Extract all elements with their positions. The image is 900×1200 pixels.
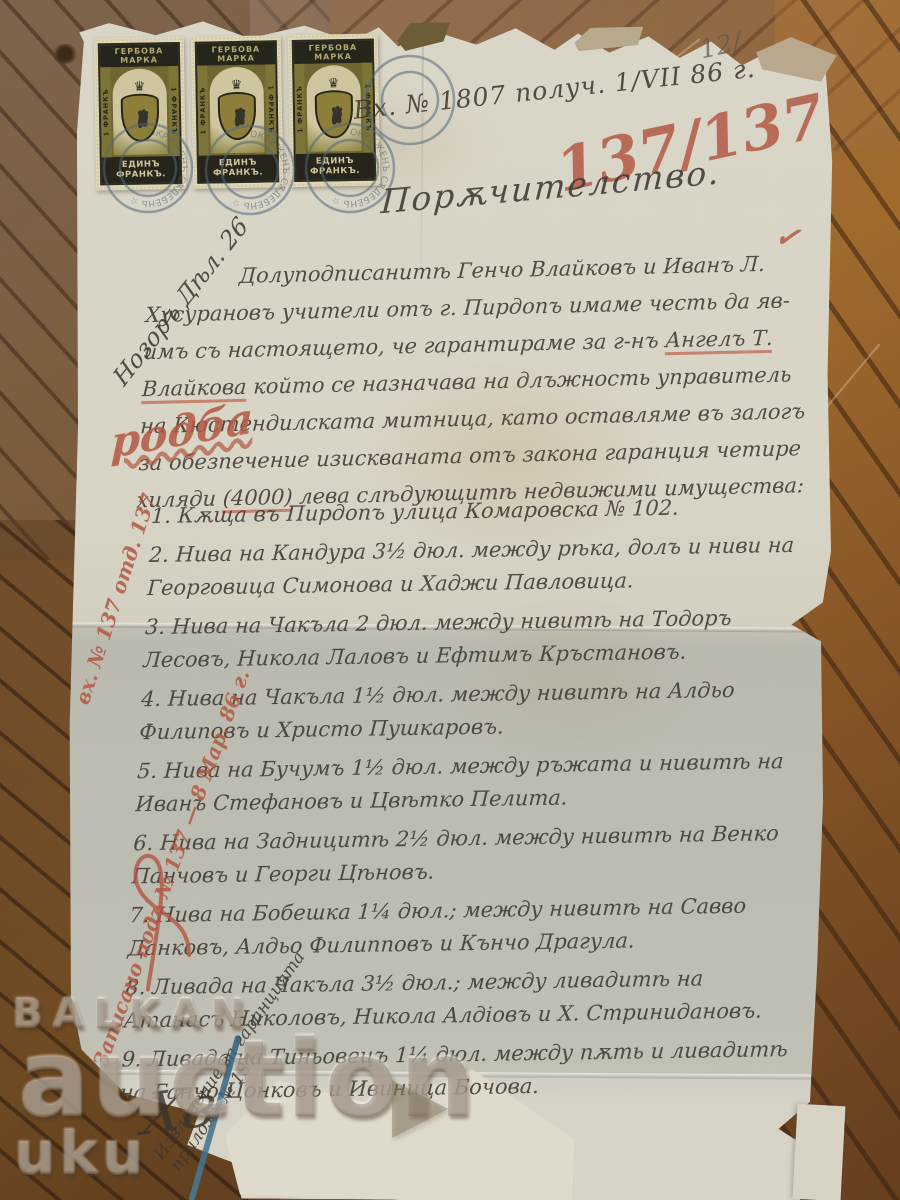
- red-underlined-name: Ангелъ Т.: [665, 326, 774, 355]
- postmark-text: ОКРѪЖЕНЪ СѪДЕБЕНЬ ☆: [231, 130, 290, 210]
- paragraph-text: имъ съ настоящето, че гарантираме за г-н…: [143, 328, 666, 364]
- postmark-cancellations: ОКРѪЖЕНЪ СѪДЕБЕНЬ ☆ ОКРѪЖЕНЪ СѪДЕБЕНЬ ☆ …: [78, 112, 438, 242]
- svg-text:ОКРѪЖЕНЪ СѪДЕБЕНЬ ☆: ОКРѪЖЕНЪ СѪДЕБЕНЬ ☆: [129, 128, 188, 208]
- stamp-top-label: ГЕРБОВА МАРКА: [100, 44, 178, 67]
- stamp-top-label: ГЕРБОВА МАРКА: [197, 42, 275, 65]
- crown-icon: ♛: [134, 82, 146, 94]
- postmark-text: ОКРѪЖЕНЪ СѪДЕБЕНЬ ☆: [129, 128, 188, 208]
- edge-flap: [793, 1104, 846, 1200]
- crown-icon: ♛: [231, 80, 243, 92]
- svg-text:ОКРѪЖЕНЪ СѪДЕБЕНЬ ☆: ОКРѪЖЕНЪ СѪДЕБЕНЬ ☆: [231, 130, 290, 210]
- property-list: 1. Кѫща въ Пирдопъ улица Комаровска № 10…: [119, 489, 824, 1115]
- list-item: 8. Ливада на Чакъла 3½ дюл.; между ливад…: [123, 961, 798, 1038]
- list-item: 7. Нива на Бобешка 1¼ дюл.; между нивитѣ…: [127, 889, 802, 966]
- paragraph-text: който се назначава на длъжность управите…: [246, 362, 792, 398]
- list-item: 6. Нива на Задницитѣ 2½ дюл. между нивит…: [131, 817, 806, 894]
- crown-icon: ♛: [328, 78, 340, 90]
- wood-knot: [52, 44, 78, 64]
- body-paragraph: Долуподписанитѣ Генчо Влайковъ и Иванъ Л…: [136, 245, 813, 519]
- list-item: 5. Нива на Бучумъ 1½ дюл. между ръжата и…: [135, 745, 810, 822]
- list-item: 2. Нива на Кандура 3½ дюл. между рѣка, д…: [146, 528, 821, 605]
- list-item: 3. Нива на Чакъла 2 дюл. между нивитѣ на…: [142, 601, 817, 678]
- stamp-top-label: ГЕРБОВА МАРКА: [294, 41, 372, 64]
- photo-of-document: ГЕРБОВА МАРКА 1 ФРАНКЪ ♛ 1 ФРАНКЪ ЕДИНЪ …: [0, 0, 900, 1200]
- signature-flourish: Хв: [138, 1072, 222, 1149]
